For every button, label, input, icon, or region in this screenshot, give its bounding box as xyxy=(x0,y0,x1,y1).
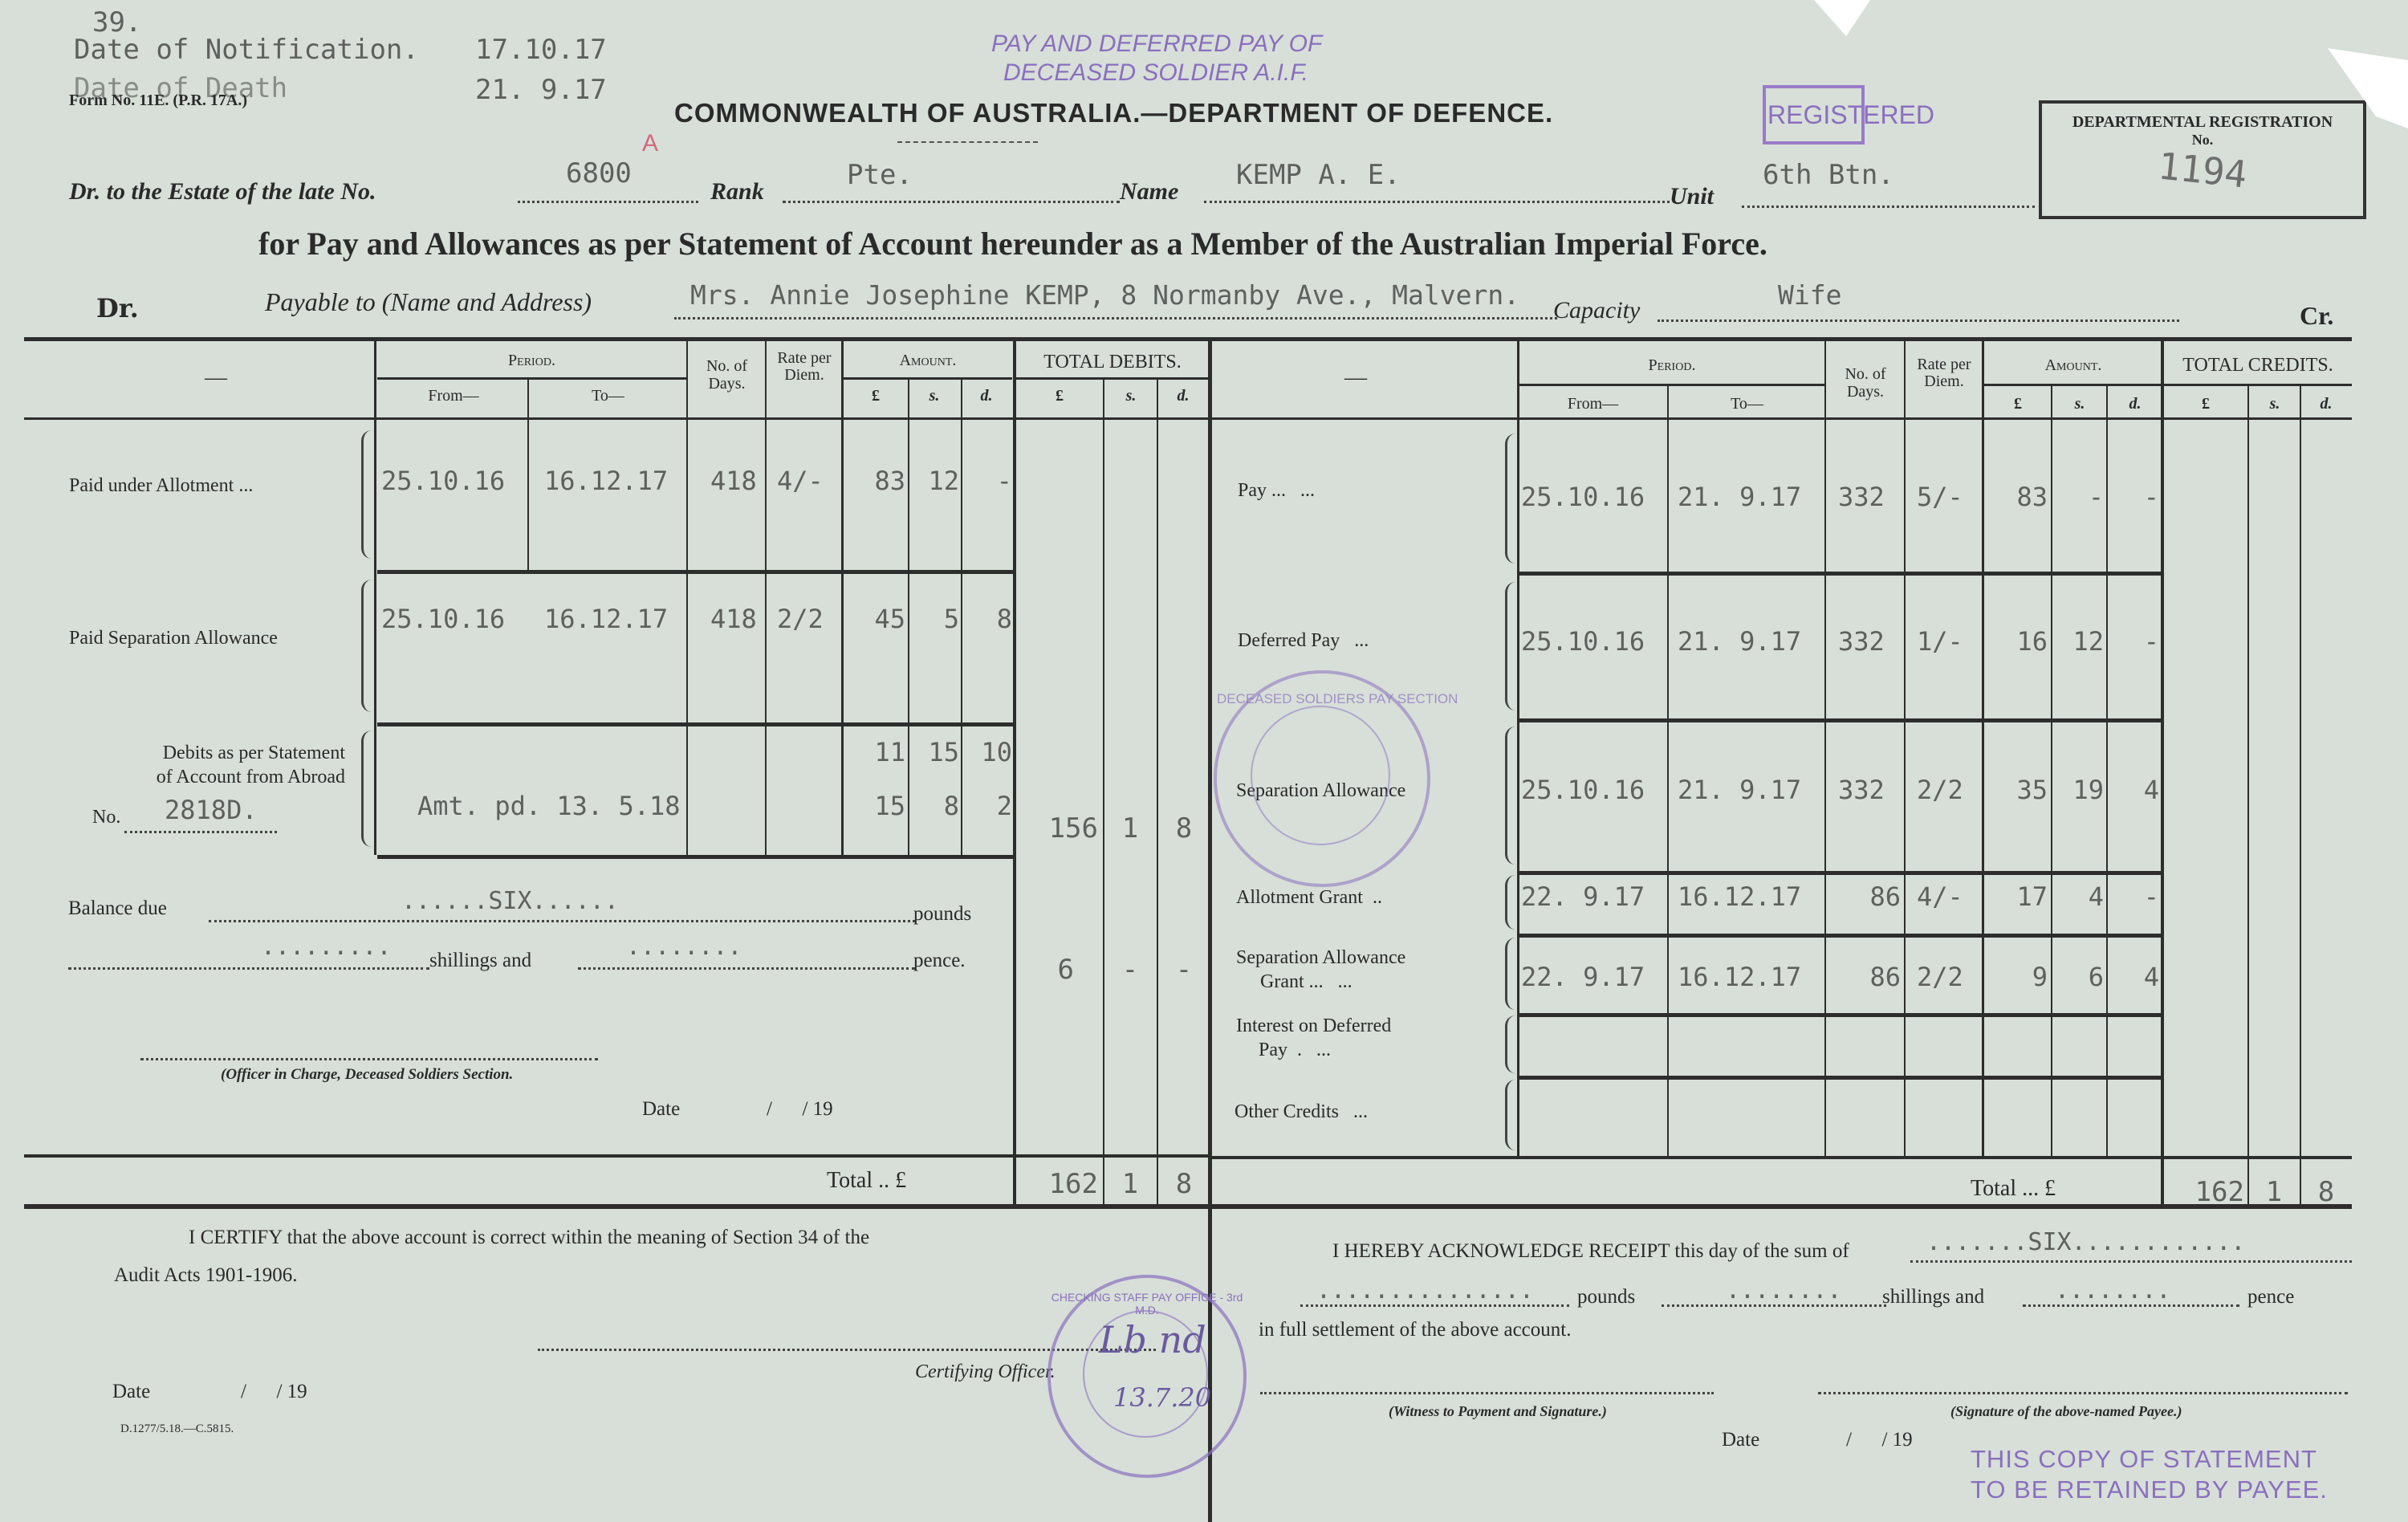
receipt-line-3: in full settlement of the above account. xyxy=(1259,1319,1571,1341)
debit-shillings: 12 xyxy=(909,466,959,496)
row-rule xyxy=(1519,1013,2162,1017)
dept-registration-box: DEPARTMENTAL REGISTRATION No. 1194 xyxy=(2039,100,2366,219)
credit-shilling-header: s. xyxy=(2052,395,2107,413)
brace xyxy=(361,730,372,847)
capacity-label: Capacity xyxy=(1553,297,1640,324)
credit-from: 25.10.16 xyxy=(1521,482,1645,512)
credit-shillings: - xyxy=(2053,482,2104,512)
debit-total-pence: 8 xyxy=(1158,1168,1210,1200)
debit-pounds: 11 xyxy=(851,737,905,767)
credit-from: 25.10.16 xyxy=(1521,626,1645,657)
balance-shillings-dotline xyxy=(68,967,429,970)
debit-date-label: Date xyxy=(642,1098,680,1121)
period-rule xyxy=(377,377,686,380)
credit-days: 86 xyxy=(1827,881,1901,912)
credit-to: 21. 9.17 xyxy=(1678,482,1801,512)
row-rule xyxy=(377,722,1015,726)
debit-dash-header: — xyxy=(205,365,227,391)
certify-date-value[interactable]: / / 19 xyxy=(241,1381,307,1403)
handwritten-date: 13.7.20 xyxy=(1113,1382,1211,1413)
credit-total-pounds: 162 xyxy=(2166,1176,2244,1208)
debit-to: 16.12.17 xyxy=(544,604,668,634)
dept-registration-label: DEPARTMENTAL REGISTRATION xyxy=(2042,113,2363,132)
total-credit-pence-header: d. xyxy=(2300,395,2352,413)
table-top-rule xyxy=(24,337,2352,341)
credit-amount-header: Amount. xyxy=(1984,356,2162,375)
document-title: COMMONWEALTH OF AUSTRALIA.—DEPARTMENT OF… xyxy=(674,98,1553,128)
row-rule xyxy=(377,570,1015,574)
brace xyxy=(1505,726,1515,865)
receipt-pence-written: ........ xyxy=(2055,1276,2171,1304)
receipt-shillings-written: ........ xyxy=(1726,1276,1842,1304)
credit-label-sep-grant-1: Separation Allowance xyxy=(1236,947,1405,969)
row-rule xyxy=(1519,934,2162,938)
col-line xyxy=(2051,385,2052,1156)
brace xyxy=(1505,582,1515,710)
abroad-no-dotline xyxy=(124,831,277,833)
balance-shillings-written: ......... xyxy=(261,933,392,961)
credit-rate: 5/- xyxy=(1917,482,1963,512)
stamp-pay-line2: DECEASED SOLDIER A.I.F. xyxy=(1003,59,1308,87)
credit-to: 21. 9.17 xyxy=(1678,775,1801,805)
certify-date-label: Date xyxy=(112,1381,150,1403)
credit-from: 22. 9.17 xyxy=(1521,881,1645,912)
abroad-no-value: 2818D. xyxy=(165,795,258,825)
col-line xyxy=(2161,341,2164,1204)
checking-staff-stamp: CHECKING STAFF PAY OFFICE - 3rd M.D. Lb … xyxy=(1047,1275,1247,1478)
credit-pounds: 35 xyxy=(1987,775,2048,805)
credit-label-allotment-grant: Allotment Grant .. xyxy=(1236,887,1382,909)
debit-from: 25.10.16 xyxy=(381,466,505,496)
balance-shillings: - xyxy=(1104,954,1156,986)
unit-dotline xyxy=(1742,206,2035,208)
capacity-dotline xyxy=(1658,319,2179,322)
total-debits-header: TOTAL DEBITS. xyxy=(1016,352,1209,373)
credit-shillings: 4 xyxy=(2053,881,2104,912)
table-header-rule xyxy=(24,417,2352,420)
debit-col-sep xyxy=(374,341,376,855)
debit-shillings: 15 xyxy=(909,737,959,767)
debit-rate-header: Rate per Diem. xyxy=(767,350,841,384)
unit-label: Unit xyxy=(1670,183,1714,210)
receipt-pounds-written: ............... xyxy=(1316,1276,1534,1304)
subtitle: for Pay and Allowances as per Statement … xyxy=(258,225,1767,262)
credit-days-header: No. of Days. xyxy=(1827,365,1904,401)
credit-days: 332 xyxy=(1838,626,1885,657)
credit-from-header: From— xyxy=(1519,395,1666,413)
credit-label-sep-grant-2: Grant ... ... xyxy=(1260,971,1352,993)
total-debits-rule xyxy=(1016,377,1209,380)
witness-label: (Witness to Payment and Signature.) xyxy=(1389,1403,1607,1420)
balance-due-label: Balance due xyxy=(68,897,167,920)
total-debit-pence-header: d. xyxy=(1157,387,1209,405)
receipt-line-1: I HEREBY ACKNOWLEDGE RECEIPT this day of… xyxy=(1332,1240,1849,1263)
debit-shilling-header: s. xyxy=(908,387,961,405)
credit-pounds: 16 xyxy=(1987,626,2048,657)
brace xyxy=(1505,1015,1515,1073)
debit-pence: 10 xyxy=(962,737,1012,767)
receipt-pence-label: pence xyxy=(2247,1286,2294,1308)
col-line xyxy=(1824,341,1826,1156)
payee-signature-line xyxy=(1818,1392,2348,1394)
balance-pounds-written: ......SIX...... xyxy=(401,887,619,915)
debit-total-shillings: 1 xyxy=(1104,1168,1156,1200)
credit-days: 332 xyxy=(1838,482,1885,512)
balance-pence-written: ........ xyxy=(626,933,742,961)
col-line xyxy=(765,341,767,855)
credit-pence: - xyxy=(2109,626,2159,657)
debit-pound-header: £ xyxy=(844,387,908,405)
rank-dotline xyxy=(783,201,1120,203)
officer-in-charge-label: (Officer in Charge, Deceased Soldiers Se… xyxy=(221,1066,513,1084)
credit-pence: 4 xyxy=(2109,962,2159,992)
credit-rate: 2/2 xyxy=(1917,775,1963,805)
credit-from: 25.10.16 xyxy=(1521,775,1645,805)
soldier-rank: Pte. xyxy=(847,159,913,191)
debit-subtotal-pence: 8 xyxy=(1158,812,1210,844)
row-rule xyxy=(377,855,1015,859)
checking-staff-stamp-text: CHECKING STAFF PAY OFFICE - 3rd M.D. xyxy=(1051,1291,1243,1316)
debit-label-abroad-1: Debits as per Statement xyxy=(48,743,345,764)
retained-stamp-line1: THIS COPY OF STATEMENT xyxy=(1971,1445,2317,1474)
credit-label-interest-2: Pay . ... xyxy=(1259,1040,1331,1061)
col-line xyxy=(1157,379,1158,1204)
credit-rate-header: Rate per Diem. xyxy=(1906,356,1982,390)
balance-pounds: 6 xyxy=(1018,954,1074,986)
estate-label: Dr. to the Estate of the late No. xyxy=(69,178,376,206)
credit-pence: - xyxy=(2109,482,2159,512)
balance-pence: - xyxy=(1158,954,1210,986)
name-label: Name xyxy=(1120,178,1178,206)
credit-to: 16.12.17 xyxy=(1678,962,1801,992)
payee-signature-label: (Signature of the above-named Payee.) xyxy=(1950,1403,2182,1420)
row-rule xyxy=(1519,572,2162,576)
credit-to-header: To— xyxy=(1670,395,1824,413)
credit-rate: 1/- xyxy=(1917,626,1963,657)
balance-shillings-label: shillings and xyxy=(429,950,531,972)
col-line xyxy=(2106,385,2108,1156)
period-rule xyxy=(1519,384,1824,386)
stamp-pay-line1: PAY AND DEFERRED PAY OF xyxy=(991,31,1322,58)
red-mark: A xyxy=(642,130,658,157)
debit-subtotal-pounds: 156 xyxy=(1018,812,1098,844)
abroad-no-label: No. xyxy=(92,807,120,828)
credit-pounds: 17 xyxy=(1987,881,2048,912)
col-line xyxy=(527,379,529,572)
col-line xyxy=(1667,385,1669,1156)
credit-pounds: 9 xyxy=(1987,962,2048,992)
credit-pence: - xyxy=(2109,881,2159,912)
col-line xyxy=(841,341,844,855)
debit-from-header: From— xyxy=(377,387,530,405)
registered-stamp: REGISTERED xyxy=(1763,85,1865,144)
debit-date-value[interactable]: / / 19 xyxy=(767,1098,833,1121)
certifying-officer-label: Certifying Officer. xyxy=(915,1361,1056,1383)
credit-to: 21. 9.17 xyxy=(1678,626,1801,657)
print-code: D.1277/5.18.—C.5815. xyxy=(120,1422,234,1436)
name-dotline xyxy=(1204,201,1670,203)
credit-label-deferred: Deferred Pay ... xyxy=(1238,630,1369,652)
soldier-name: KEMP A. E. xyxy=(1236,159,1401,191)
credit-rate: 2/2 xyxy=(1917,962,1963,992)
officer-signature-line xyxy=(140,1058,598,1060)
title-flourish xyxy=(897,141,1038,143)
credit-shillings: 12 xyxy=(2053,626,2104,657)
credit-period-header: Period. xyxy=(1519,356,1824,375)
witness-signature-line xyxy=(1260,1392,1714,1394)
brace xyxy=(1505,938,1515,1010)
receipt-sum-written: .......SIX............ xyxy=(1926,1228,2245,1256)
balance-pounds-dotline xyxy=(209,920,915,922)
debit-from: 25.10.16 xyxy=(381,604,505,634)
credit-total-label: Total ... £ xyxy=(1971,1176,2056,1202)
debit-days-header: No. of Days. xyxy=(689,357,765,393)
total-rule xyxy=(24,1154,1208,1158)
credit-days: 332 xyxy=(1838,775,1885,805)
brace xyxy=(1505,1080,1515,1150)
capacity-value: Wife xyxy=(1778,279,1841,311)
debit-pounds: 45 xyxy=(851,604,905,634)
debit-label-abroad-2: of Account from Abroad xyxy=(48,767,345,788)
credit-days: 86 xyxy=(1827,962,1901,992)
credit-rate: 4/- xyxy=(1917,881,1963,912)
credit-total-shillings: 1 xyxy=(2249,1176,2299,1208)
balance-pounds-label: pounds xyxy=(913,903,971,926)
debit-shillings: 5 xyxy=(909,604,959,634)
total-debit-pound-header: £ xyxy=(1016,387,1103,405)
debit-rate: 4/- xyxy=(777,466,824,496)
debit-pence: - xyxy=(962,466,1012,496)
debit-label-allotment: Paid under Allotment ... xyxy=(69,475,253,497)
col-line xyxy=(1517,341,1519,1156)
receipt-pounds-dotline xyxy=(1300,1304,1569,1307)
credit-shillings: 6 xyxy=(2053,962,2104,992)
document-page: 39. Date of Notification. 17.10.17 Date … xyxy=(0,0,2408,1522)
row-rule xyxy=(1519,718,2162,722)
debit-pence-header: d. xyxy=(961,387,1012,405)
col-line xyxy=(2300,385,2301,1204)
balance-pence-dotline xyxy=(578,967,915,970)
amount-rule xyxy=(844,377,1012,380)
credit-shillings: 19 xyxy=(2053,775,2104,805)
credit-label-interest-1: Interest on Deferred xyxy=(1236,1015,1391,1037)
dr-label: Dr. xyxy=(96,293,139,324)
col-line xyxy=(1982,341,1984,1156)
row-rule xyxy=(1519,1076,2162,1080)
credit-label-other: Other Credits ... xyxy=(1235,1101,1368,1123)
debit-to: 16.12.17 xyxy=(544,466,668,496)
brace xyxy=(361,430,372,559)
debit-pence: 8 xyxy=(962,604,1012,634)
date-of-notification: 17.10.17 xyxy=(475,34,607,66)
receipt-date-label: Date xyxy=(1722,1429,1759,1451)
debit-amount-header: Amount. xyxy=(844,352,1012,370)
debit-rate: 2/2 xyxy=(777,604,824,634)
brace xyxy=(361,580,372,712)
total-credits-rule xyxy=(2164,384,2352,386)
form-number: Form No. 11E. (P.R. 17A.) xyxy=(69,92,247,110)
total-rule xyxy=(1208,1156,2352,1159)
certify-line-2: Audit Acts 1901-1906. xyxy=(114,1264,297,1287)
table-bottom-rule xyxy=(24,1204,2352,1209)
credit-pound-header: £ xyxy=(1984,395,2052,413)
debit-period-header: Period. xyxy=(377,352,686,370)
retained-stamp-line2: TO BE RETAINED BY PAYEE. xyxy=(1971,1475,2328,1504)
col-line xyxy=(1013,341,1016,1204)
total-debit-shilling-header: s. xyxy=(1104,387,1157,405)
debit-to-header: To— xyxy=(530,387,686,405)
soldier-unit: 6th Btn. xyxy=(1763,159,1894,191)
abroad-note: Amt. pd. 13. 5.18 xyxy=(417,791,681,821)
total-credit-shilling-header: s. xyxy=(2249,395,2300,413)
receipt-shillings-dotline xyxy=(1662,1304,1886,1307)
receipt-pence-dotline xyxy=(2023,1304,2239,1307)
payable-to-label: Payable to (Name and Address) xyxy=(265,287,592,317)
receipt-sum-dotline xyxy=(1910,1260,2352,1263)
deceased-soldiers-stamp-text: DECEASED SOLDIERS PAY SECTION xyxy=(1217,691,1427,707)
brace xyxy=(1505,875,1515,930)
amount-rule xyxy=(1984,384,2162,386)
debit-subtotal-shillings: 1 xyxy=(1104,812,1156,844)
col-line xyxy=(2247,385,2249,1204)
col-line xyxy=(1103,379,1104,1204)
debit-days: 418 xyxy=(710,604,757,634)
debit-pounds: 15 xyxy=(851,791,905,821)
debit-label-separation: Paid Separation Allowance xyxy=(69,628,278,649)
brace xyxy=(1505,433,1515,564)
credit-to: 16.12.17 xyxy=(1678,881,1801,912)
credit-dash-header: — xyxy=(1344,365,1367,391)
debit-pence: 2 xyxy=(962,791,1012,821)
handwritten-initials: Lb nd xyxy=(1099,1318,1206,1361)
col-line xyxy=(686,341,688,855)
debit-days: 418 xyxy=(710,466,757,496)
payable-to-value: Mrs. Annie Josephine KEMP, 8 Normanby Av… xyxy=(690,279,1519,311)
total-credits-header: TOTAL CREDITS. xyxy=(2164,355,2352,376)
balance-pence-label: pence. xyxy=(913,950,966,972)
receipt-shillings-label: shillings and xyxy=(1882,1286,1984,1308)
receipt-pounds-label: pounds xyxy=(1577,1286,1635,1308)
credit-label-pay: Pay ... ... xyxy=(1238,480,1315,502)
payable-dotline xyxy=(674,317,1557,319)
debit-shillings: 8 xyxy=(909,791,959,821)
credit-total-pence: 8 xyxy=(2301,1176,2351,1208)
col-line xyxy=(1904,341,1906,1156)
receipt-date-value[interactable]: / / 19 xyxy=(1846,1429,1913,1451)
debit-total-pounds: 162 xyxy=(1018,1168,1098,1200)
row-rule xyxy=(1519,871,2162,875)
soldier-number: 6800 xyxy=(566,157,632,189)
date-of-death: 21. 9.17 xyxy=(475,74,607,106)
cr-label: Cr. xyxy=(2300,301,2333,331)
debit-total-label: Total .. £ xyxy=(827,1168,906,1194)
debit-pounds: 83 xyxy=(851,466,905,496)
certify-line-1: I CERTIFY that the above account is corr… xyxy=(189,1227,869,1249)
rank-label: Rank xyxy=(710,178,764,206)
credit-from: 22. 9.17 xyxy=(1521,962,1645,992)
credit-pence-header: d. xyxy=(2108,395,2162,413)
number-dotline xyxy=(518,201,698,203)
credit-pence: 4 xyxy=(2109,775,2159,805)
deceased-soldiers-stamp: DECEASED SOLDIERS PAY SECTION xyxy=(1214,670,1430,887)
date-of-notification-label: Date of Notification. xyxy=(74,34,419,66)
total-credit-pound-header: £ xyxy=(2164,395,2247,413)
credit-pounds: 83 xyxy=(1987,482,2048,512)
